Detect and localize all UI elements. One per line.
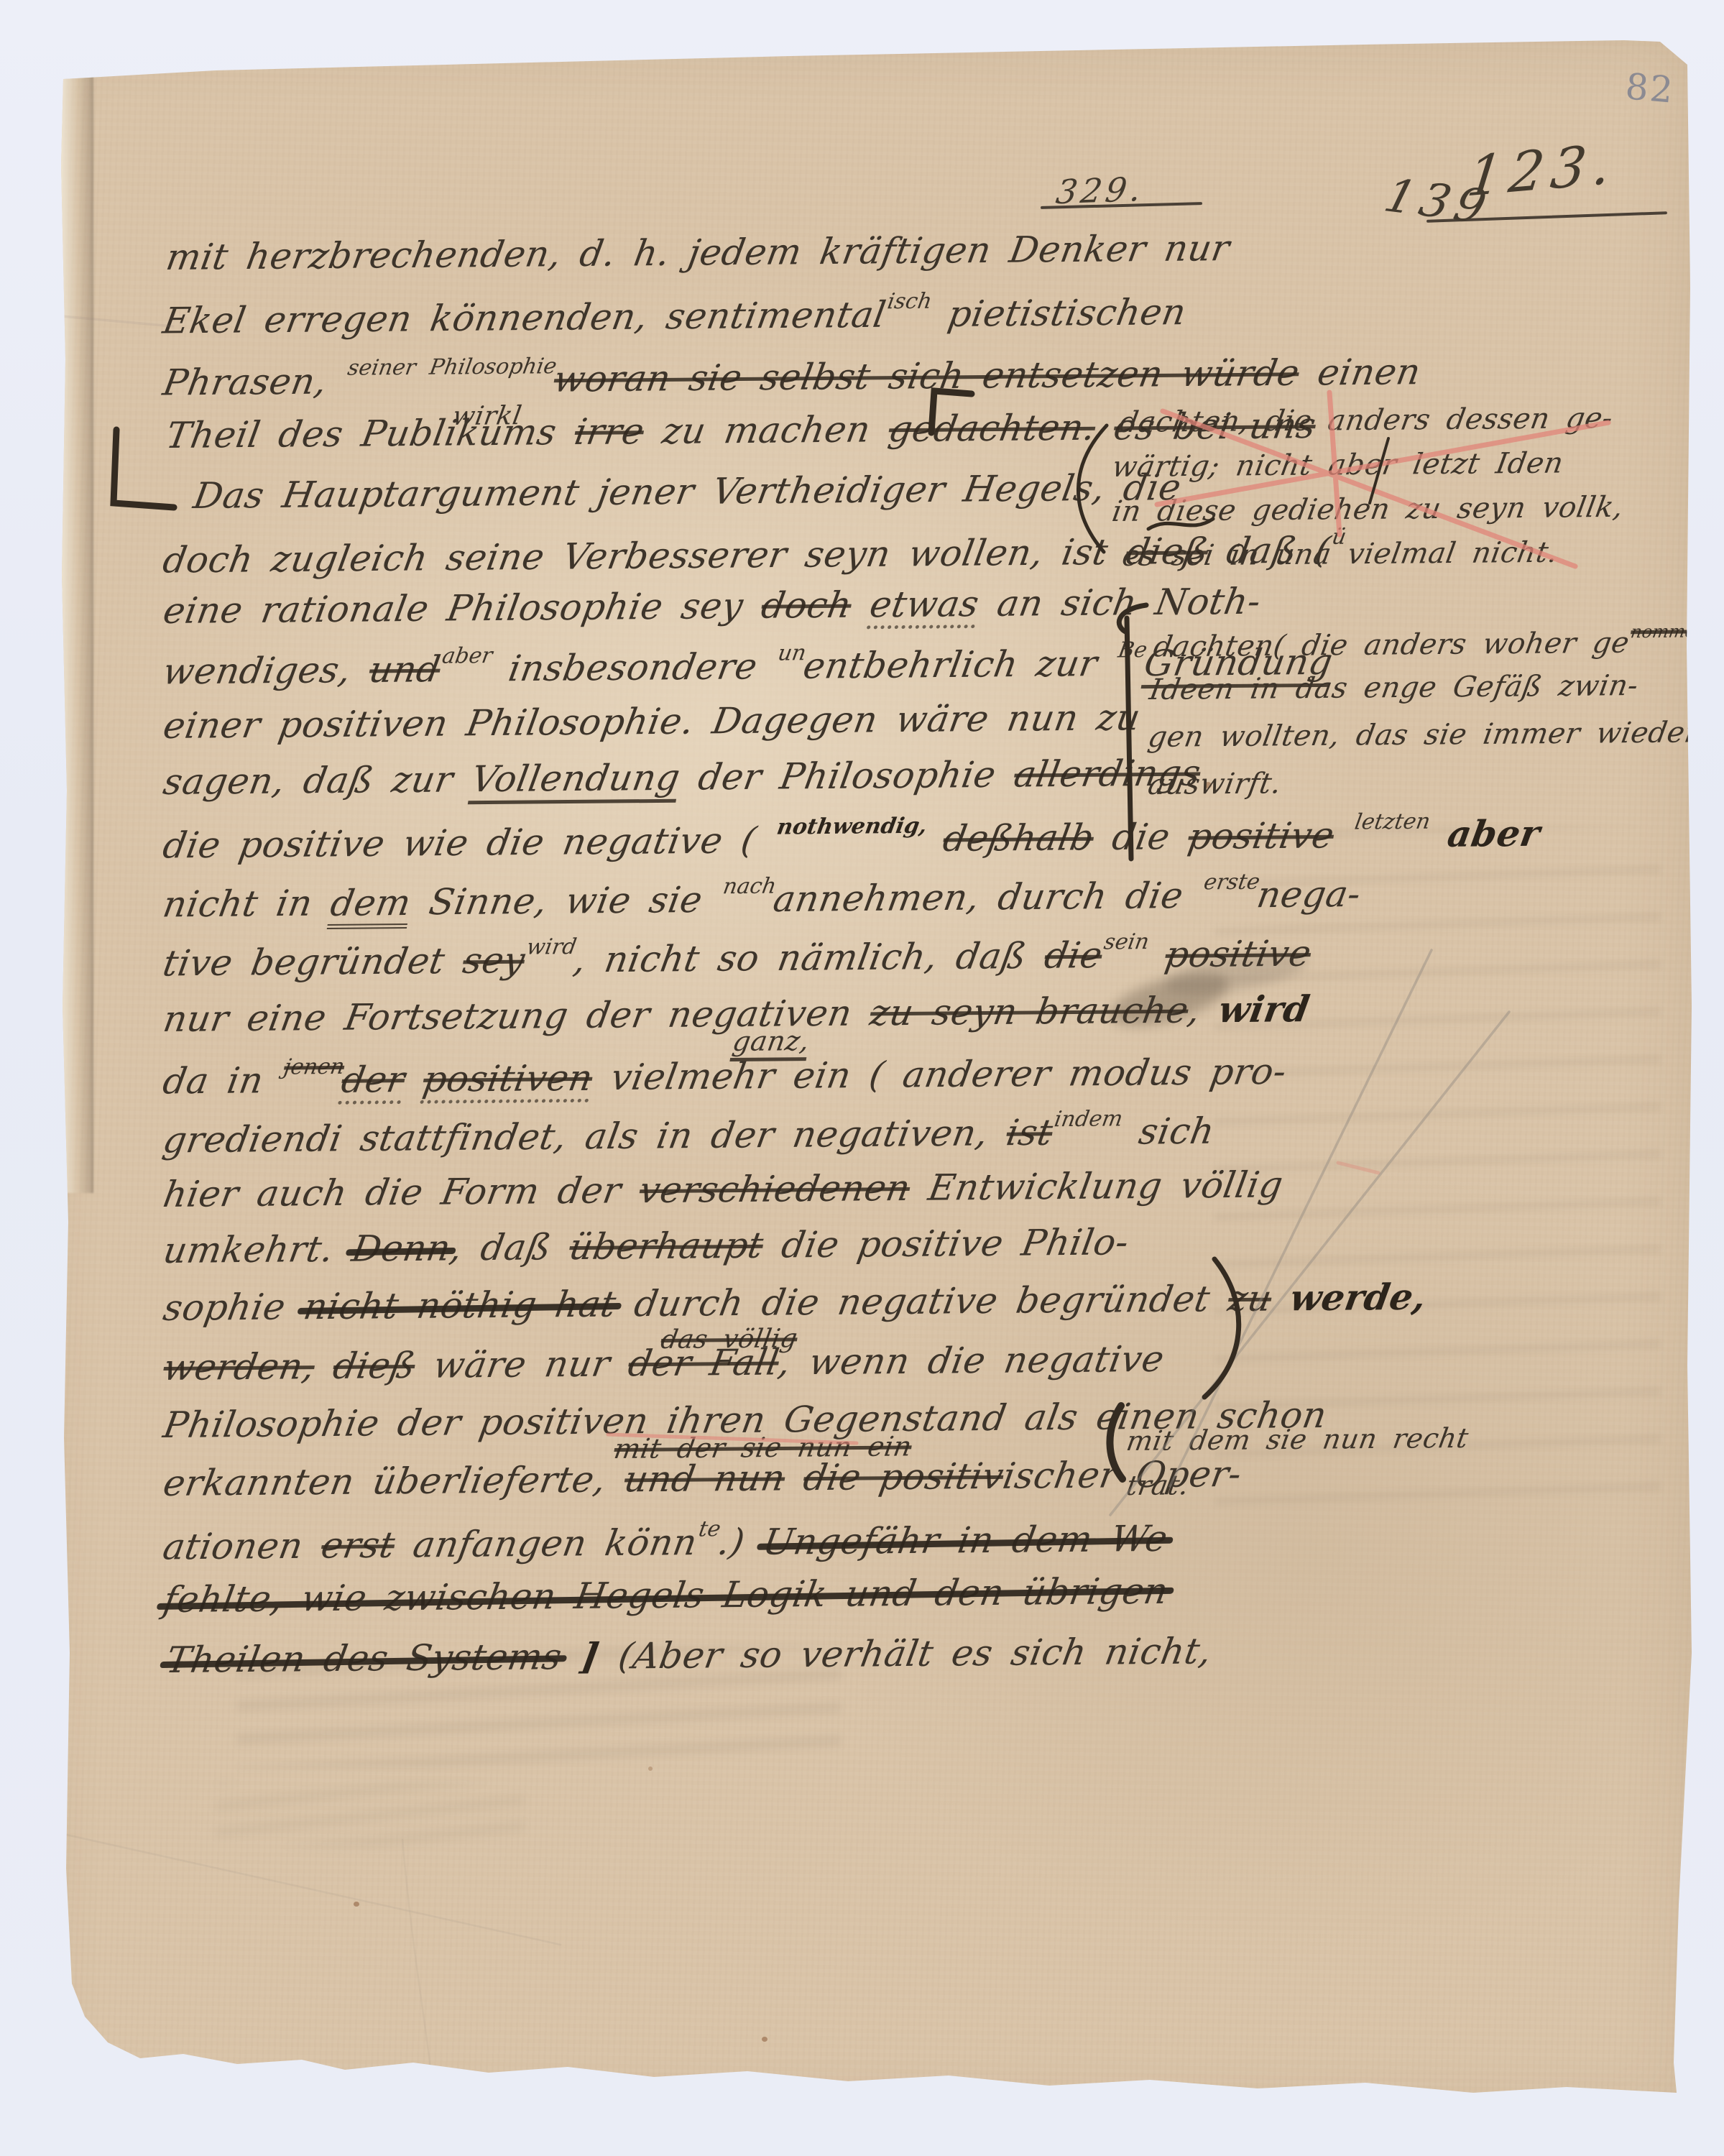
margin-note-line: wärtig; nicht aber letzt Iden xyxy=(1110,448,1566,484)
manuscript-line: Das Hauptargument jener Vertheidiger Heg… xyxy=(190,467,1184,516)
manuscript-line: nicht in dem Sinne, wie sie nachannehmen… xyxy=(160,869,1365,924)
margin-note-line: mit dem sie nun recht xyxy=(1124,1423,1470,1457)
margin-note-line: auswirft. xyxy=(1146,768,1283,801)
manuscript-line: eine rationale Philosophie sey doch etwa… xyxy=(160,581,1263,631)
paper-sheet: mit herzbrechenden, d. h. jedem kräftige… xyxy=(0,0,1724,2156)
manuscript-line: ationen erst anfangen könnte.) Ungefähr … xyxy=(160,1514,1171,1567)
paper-fold-edge xyxy=(59,72,93,1193)
manuscript-line: Phrasen, seiner Philosophieworan sie sel… xyxy=(160,347,1424,403)
paper-speck xyxy=(648,1766,653,1771)
manuscript-line: sophie nicht nöthig hat durch die negati… xyxy=(160,1277,1429,1328)
margin-note-line: in diese gediehen zu seyn vollk, xyxy=(1110,492,1626,528)
manuscript-line: umkehrt. Denn, daß überhaupt die positiv… xyxy=(160,1222,1132,1271)
manuscript-line: erkannten überlieferte, und nun die posi… xyxy=(160,1454,1245,1503)
margin-note-line: trat. xyxy=(1124,1470,1191,1501)
paper-speck xyxy=(354,1902,359,1907)
manuscript-line: fehlte, wie zwischen Hegels Logik und de… xyxy=(160,1571,1171,1620)
margin-note-line: dachten, die anders dessen ge- xyxy=(1117,402,1615,439)
margin-note-line: gen wollten, das sie immer wieder xyxy=(1146,717,1701,753)
manuscript-line: hier auch die Form der verschiedenen Ent… xyxy=(160,1164,1286,1215)
manuscript-line: sagen, daß zur Vollendung der Philosophi… xyxy=(160,752,1204,802)
manuscript-line: mit herzbrechenden, d. h. jedem kräftige… xyxy=(163,228,1232,277)
manuscript-line: Ekel erregen könnenden, sentimentalisch … xyxy=(160,287,1190,341)
manuscript-line: einer positiven Philosophie. Dagegen wär… xyxy=(160,697,1143,746)
manuscript-line: werden, dieß wäre nur der Fall, wenn die… xyxy=(160,1339,1167,1388)
archive-folio-number-pencil: 82 xyxy=(1624,65,1676,111)
manuscript-line: da in jenender positiven vielmehr ein ( … xyxy=(160,1046,1291,1101)
margin-note-line: dachten( die anders woher genommene xyxy=(1151,622,1718,663)
manuscript-line: grediendi stattfindet, als in der negati… xyxy=(160,1106,1218,1160)
margin-note-line: es sei in una vielmal nicht. xyxy=(1120,537,1560,573)
manuscript-line: tive begründet seywird, nicht so nämlich… xyxy=(160,929,1315,983)
ink-bleedthrough xyxy=(216,1782,525,1847)
manuscript-line: die positive wie die negative ( nothwend… xyxy=(160,808,1544,865)
margin-note-line: Ideen in das enge Gefäß zwin- xyxy=(1147,670,1641,706)
scanned-manuscript-page: mit herzbrechenden, d. h. jedem kräftige… xyxy=(0,0,1724,2156)
paper-speck xyxy=(762,2037,767,2042)
manuscript-line: Theilen des Systems ] (Aber so verhält e… xyxy=(163,1631,1214,1680)
